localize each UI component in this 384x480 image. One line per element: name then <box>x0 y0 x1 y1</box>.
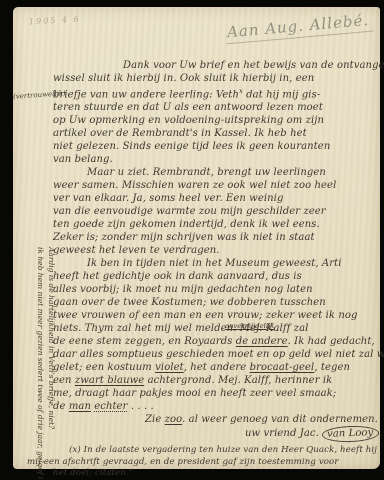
text-segment: teren stuurde en dat U als een antwoord … <box>53 102 323 113</box>
text-segment: , tegen <box>314 362 350 373</box>
text-segment: Dank voor Uw brief en het bewijs van de … <box>123 60 384 71</box>
text-segment: alles voorbij; ik moet nu mijn gedachten… <box>53 284 313 295</box>
text-segment: van belang. <box>53 154 113 165</box>
text-segment: weer samen. Misschien waren ze ook wel n… <box>53 180 336 191</box>
letter-line: van belang. <box>53 153 375 166</box>
text-segment: heeft het gedichtje ook in dank aanvaard… <box>53 271 302 282</box>
text-segment: . <box>380 428 383 439</box>
text-segment: violet <box>155 362 184 373</box>
footnote: (x) In de laatste vergadering ten huize … <box>53 445 375 480</box>
letter-line: ver van elkaar. Ja, soms heel ver. Een w… <box>53 192 375 205</box>
text-segment: van die eenvoudige warmte zou mijn gesch… <box>53 206 326 217</box>
text-segment: . al weer genoeg van dit ondernemen. <box>182 414 378 425</box>
text-segment: het doel: citaten." <box>53 468 133 478</box>
letter-line: alles voorbij; ik moet nu mijn gedachten… <box>53 283 375 296</box>
text-segment: me, draagt haar pakjes mooi en heeft zee… <box>53 388 336 399</box>
text-segment: daar alles somptueus geschieden moet en … <box>53 349 384 360</box>
letter-line: Maar u ziet. Rembrandt, brengt uw leerli… <box>53 166 375 179</box>
letter-line: ten goede zijn gekomen indertijd, denk i… <box>53 218 375 231</box>
text-segment: briefje van uw andere leerling: Veth <box>53 89 239 100</box>
text-segment: . . . . <box>128 401 154 412</box>
text-segment: een <box>53 375 75 386</box>
letter-line: twee vrouwen of een man en een vrouw; ze… <box>53 309 375 322</box>
text-segment: twee vrouwen of een man en een vrouw; ze… <box>53 310 358 321</box>
letter-line: het doel: citaten." <box>53 468 375 480</box>
text-segment: echter <box>94 401 127 412</box>
text-segment: (x) In de laatste vergadering ten huize … <box>69 445 377 455</box>
text-segment: zoo <box>165 414 182 425</box>
letter-line: van die eenvoudige warmte zou mijn gesch… <box>53 205 375 218</box>
letter-line: daar alles somptueus geschieden moet en … <box>53 348 375 361</box>
text-segment: op Uw opmerking en voldoening-uitsprekin… <box>53 115 324 126</box>
letter-body: Dank voor Uw brief en het bewijs van de … <box>53 59 375 480</box>
interlinear-insertion: onvermijdelijk <box>225 322 274 330</box>
letter-paper: 1905 4 6 Aan Aug. Allebé. (vertrouwelijk… <box>13 7 380 469</box>
text-segment: artikel over de Rembrandt's in Kassel. I… <box>53 128 307 139</box>
letter-line: Zeker is; zonder mijn schrijven was ik n… <box>53 231 375 244</box>
text-segment: gelet; een kostuum <box>53 362 155 373</box>
paragraph-1: Dank voor Uw brief en het bewijs van de … <box>53 59 375 166</box>
letter-line: geweest het leven te verdragen. <box>53 244 375 257</box>
text-segment: de andere <box>236 336 288 347</box>
margin-note-line: ik heb hem niet meer gezien sedert twee … <box>35 247 46 480</box>
text-segment: Zeker is; zonder mijn schrijven was ik n… <box>53 232 315 243</box>
pencil-date-annotation: 1905 4 6 <box>29 15 81 27</box>
text-segment: Maar u ziet. Rembrandt, brengt uw leerli… <box>87 167 326 178</box>
letter-line: gaan over de twee Kostumen; we dobberen … <box>53 296 375 309</box>
letter-line: wissel sluit ik hierbij in. Ook sluit ik… <box>53 72 375 85</box>
text-segment: mij een afschrift gevraagd, en de presid… <box>27 457 339 467</box>
letter-line: Zie zoo. al weer genoeg van dit ondernem… <box>145 413 375 426</box>
letter-line: een zwart blauwe achtergrond. Mej. Kalff… <box>53 374 375 387</box>
text-segment: zwart blauwe <box>75 375 144 386</box>
letter-line: me, draagt haar pakjes mooi en heeft zee… <box>53 387 375 400</box>
text-segment: dat hij mij gis- <box>243 89 320 100</box>
letter-line: mij een afschrift gevraagd, en de presid… <box>27 457 375 469</box>
text-segment: . Ik had gedacht, <box>288 336 375 347</box>
text-segment: ver van elkaar. Ja, soms heel ver. Een w… <box>53 193 283 204</box>
letter-line: niet gelezen. Sinds eenige tijd lees ik … <box>53 140 375 153</box>
paragraph-2: Maar u ziet. Rembrandt, brengt uw leerli… <box>53 166 375 257</box>
text-segment: uw vriend Jac. <box>245 428 322 439</box>
letter-line: weer samen. Misschien waren ze ook wel n… <box>53 179 375 192</box>
text-segment: de eene stem zeggen, en Royaards <box>53 336 236 347</box>
letter-line: heeft het gedichtje ook in dank aanvaard… <box>53 270 375 283</box>
text-segment: achtergrond. Mej. Kalff, herinner ik <box>144 375 332 386</box>
pencil-recipient-annotation: Aan Aug. Allebé. <box>224 11 374 45</box>
letter-line: de eene stem zeggen, en Royaards de ande… <box>53 335 375 348</box>
text-segment: de <box>53 401 69 412</box>
text-segment: gaan over de twee Kostumen; we dobberen … <box>53 297 326 308</box>
text-segment: man <box>69 401 91 412</box>
paragraph-3: Ik ben in tijden niet in het Museum gewe… <box>53 257 375 413</box>
text-segment: Zie <box>145 414 165 425</box>
letter-line: Dank voor Uw brief en het bewijs van de … <box>53 59 375 72</box>
letter-line: teren stuurde en dat U als een antwoord … <box>53 101 375 114</box>
letter-line: (x) In de laatste vergadering ten huize … <box>69 445 375 457</box>
text-segment: van Looy <box>322 425 380 443</box>
letter-line: briefje van uw andere leerling: Vethx da… <box>53 85 375 101</box>
text-segment: geweest het leven te verdragen. <box>53 245 220 256</box>
text-segment: niet gelezen. Sinds eenige tijd lees ik … <box>53 141 330 152</box>
text-segment: wissel sluit ik hierbij in. Ook sluit ik… <box>53 73 314 84</box>
text-segment: Ik ben in tijden niet in het Museum gewe… <box>87 258 342 269</box>
text-segment: brocaat-geel <box>250 362 315 373</box>
letter-line: op Uw opmerking en voldoening-uitsprekin… <box>53 114 375 127</box>
letter-line: niets. Thym zal het mij wel melden. Mej.… <box>53 322 375 335</box>
letter-line: de man echter . . . . <box>53 400 375 413</box>
text-segment: ten goede zijn gekomen indertijd, denk i… <box>53 219 320 230</box>
letter-line: gelet; een kostuum violet, het andere br… <box>53 361 375 374</box>
scan-border: 1905 4 6 Aan Aug. Allebé. (vertrouwelijk… <box>0 0 384 480</box>
letter-line: Ik ben in tijden niet in het Museum gewe… <box>53 257 375 270</box>
text-segment: , het andere <box>184 362 250 373</box>
letter-line: artikel over de Rembrandt's in Kassel. I… <box>53 127 375 140</box>
letter-line: uw vriend Jac. van Looy. <box>245 426 375 442</box>
closing-and-signature: Zie zoo. al weer genoeg van dit ondernem… <box>53 413 375 442</box>
